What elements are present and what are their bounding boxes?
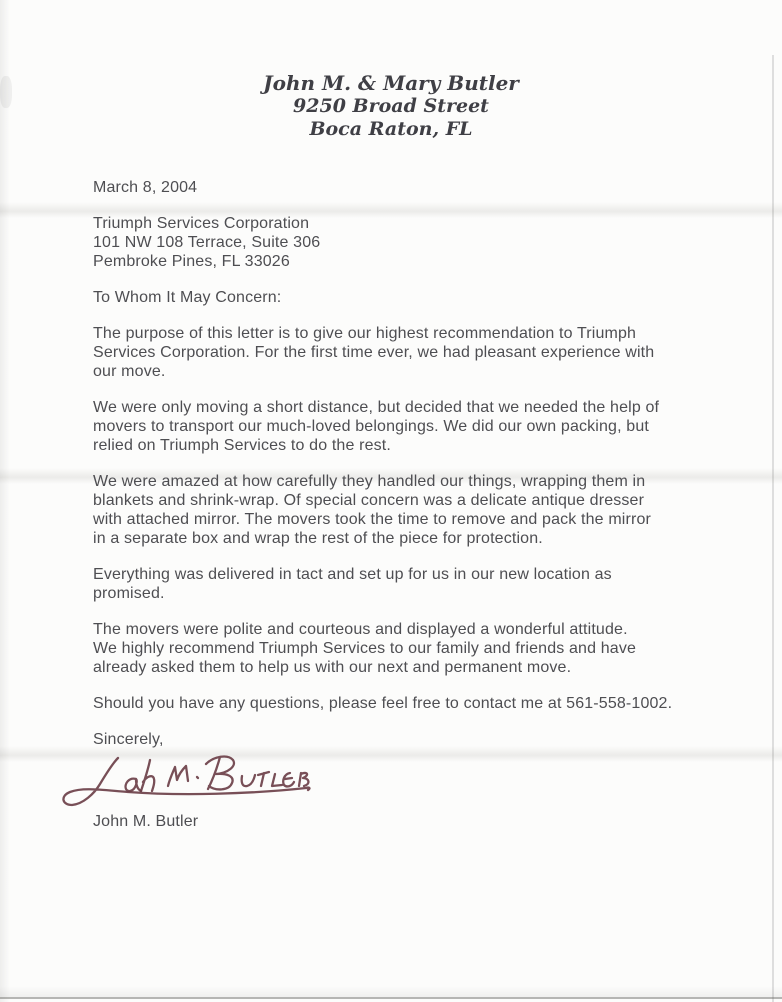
letterhead-city: Boca Raton, FL: [0, 118, 782, 141]
letterhead-street: 9250 Broad Street: [0, 95, 782, 118]
scan-edge-bottom-line: [0, 997, 782, 999]
letterhead-names: John M. & Mary Butler: [0, 72, 782, 95]
signature-ink: [56, 748, 356, 812]
handwritten-signature: [56, 748, 356, 812]
closing: Sincerely,: [93, 730, 697, 749]
scanned-letter-page: John M. & Mary Butler 9250 Broad Street …: [0, 0, 782, 1002]
paragraph-careful-handling: We were amazed at how carefully they han…: [93, 472, 697, 548]
letter-date: March 8, 2004: [93, 178, 697, 197]
scan-edge-left-shadow: [0, 0, 10, 1002]
scan-edge-right-line: [772, 55, 774, 1002]
scan-edge-bottom-shadow: [0, 986, 782, 997]
recipient-address: Triumph Services Corporation 101 NW 108 …: [93, 214, 697, 271]
paragraph-recommendation: The movers were polite and courteous and…: [93, 620, 697, 677]
paragraph-moving: We were only moving a short distance, bu…: [93, 398, 697, 455]
paragraph-purpose: The purpose of this letter is to give ou…: [93, 324, 697, 381]
typed-signature-name: John M. Butler: [93, 812, 697, 831]
letterhead: John M. & Mary Butler 9250 Broad Street …: [0, 72, 782, 141]
paragraph-contact: Should you have any questions, please fe…: [93, 694, 697, 713]
salutation: To Whom It May Concern:: [93, 288, 697, 307]
paragraph-delivery: Everything was delivered in tact and set…: [93, 565, 697, 603]
